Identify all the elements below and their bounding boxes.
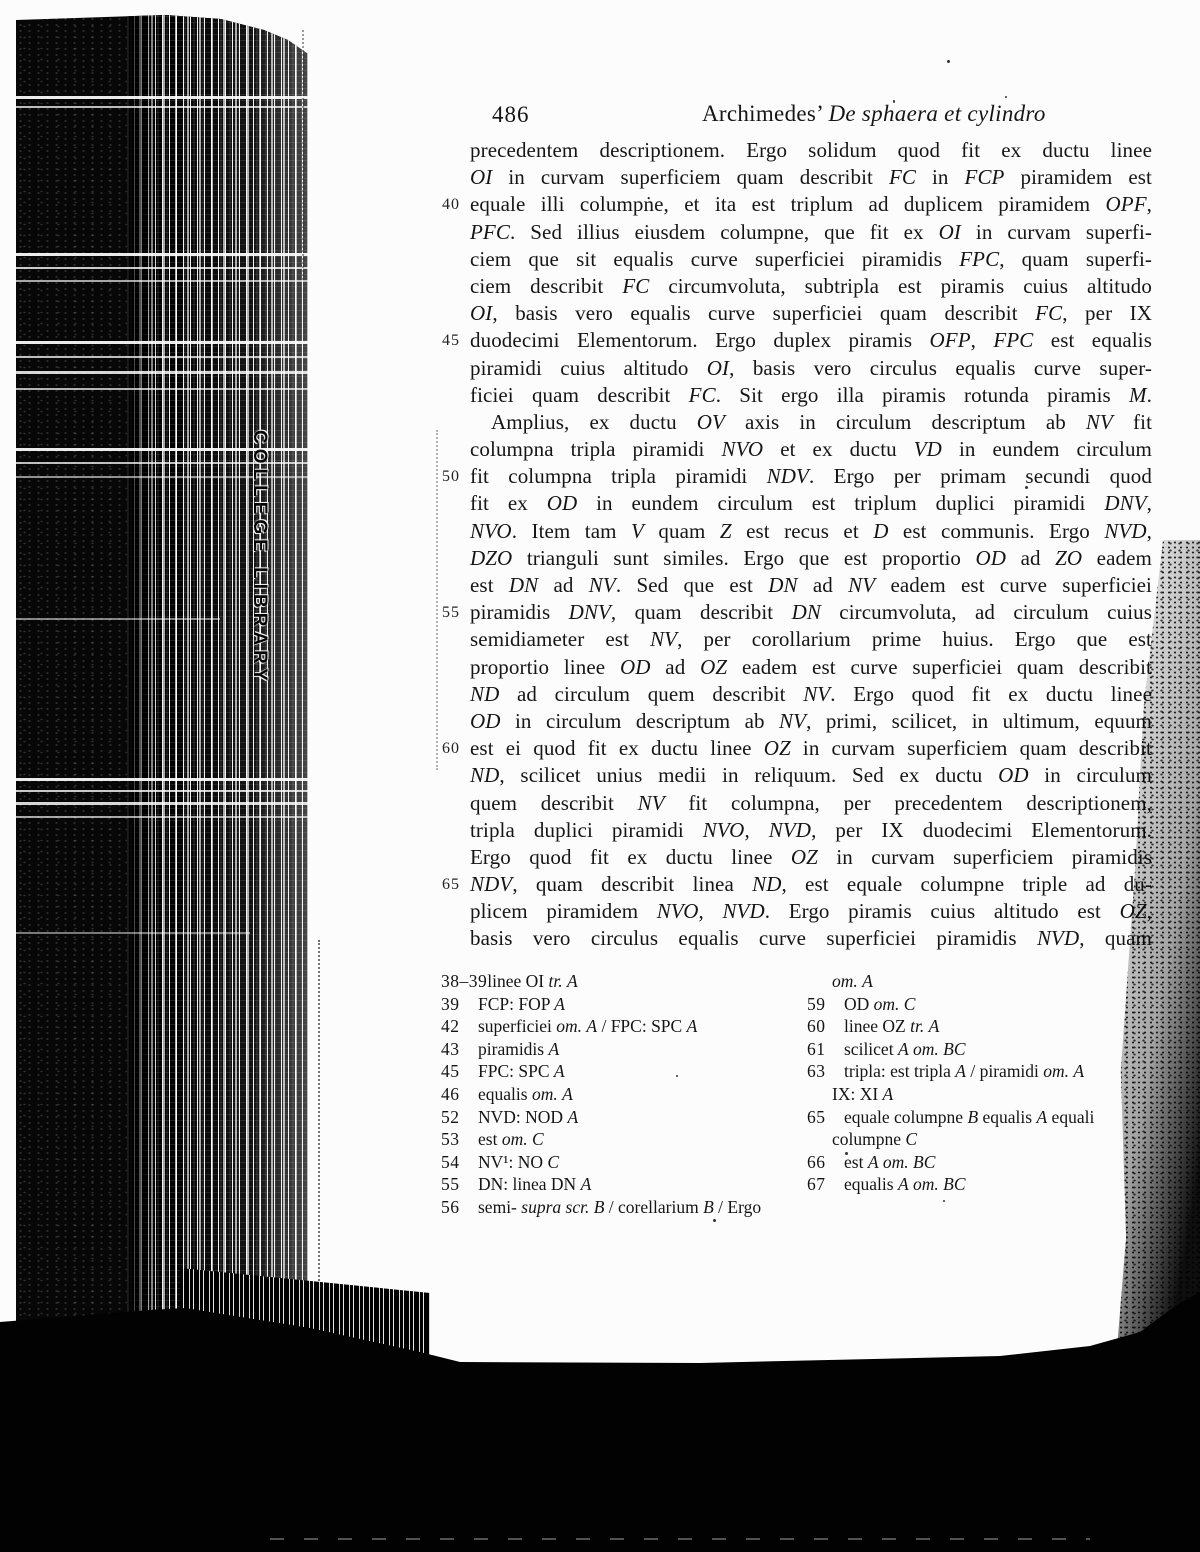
scan-streak <box>16 932 250 934</box>
bottom-black-scan-band <box>0 1288 1200 1552</box>
line-text: basis vero circulus equalis curve superf… <box>470 926 1152 950</box>
scan-streak <box>16 253 308 256</box>
apparatus-entry: 42superficiei om. A / FPC: SPC A <box>441 1015 801 1038</box>
apparatus-line-ref: 43 <box>441 1038 478 1061</box>
scan-streak <box>16 388 308 390</box>
text-line: precedentem descriptionem. Ergo solidum … <box>470 137 1152 164</box>
apparatus-line-ref: 61 <box>807 1038 844 1061</box>
apparatus-text: est A om. BC <box>844 1152 935 1172</box>
apparatus-line-ref: 59 <box>807 993 844 1016</box>
apparatus-left-column: 38–39linee OI tr. A39FCP: FOP A42superfi… <box>441 970 801 1219</box>
ink-speck <box>676 1075 678 1077</box>
text-line: semidiameter est NV, per corollarium pri… <box>470 626 1152 653</box>
line-text: fit ex OD in eundem circulum est triplum… <box>470 491 1152 515</box>
apparatus-entry: 39FCP: FOP A <box>441 993 801 1016</box>
text-line: fit ex OD in eundem circulum est triplum… <box>470 490 1152 517</box>
line-text: duodecimi Elementorum. Ergo duplex piram… <box>470 328 1152 352</box>
line-text: quem describit NV fit columpna, per prec… <box>470 791 1152 815</box>
text-line: DZO trianguli sunt similes. Ergo que est… <box>470 545 1152 572</box>
body-lines: precedentem descriptionem. Ergo solidum … <box>470 137 1152 953</box>
scan-streak <box>16 341 308 344</box>
line-text: equale illi columpṅe, et ita est triplum… <box>470 192 1152 216</box>
text-line: ND, scilicet unius medii in reliquum. Se… <box>470 762 1152 789</box>
line-text: ficiei quam describit FC. Sit ergo illa … <box>470 383 1152 407</box>
apparatus-text: scilicet A om. BC <box>844 1039 966 1059</box>
apparatus-entry: 55DN: linea DN A <box>441 1173 801 1196</box>
page-number: 486 <box>492 102 530 128</box>
margin-line-number: 40 <box>442 195 468 215</box>
line-text: ND, scilicet unius medii in reliquum. Se… <box>470 763 1152 787</box>
apparatus-line-ref: 53 <box>441 1128 478 1151</box>
text-line: proportio linee OD ad OZ eadem est curve… <box>470 654 1152 681</box>
scan-streak <box>16 280 308 282</box>
scan-streak <box>16 356 308 358</box>
text-line: Amplius, ex ductu OV axis in circulum de… <box>470 409 1152 436</box>
gutter-solid-area <box>16 10 133 1360</box>
line-text: columpna tripla piramidi NVO et ex ductu… <box>470 437 1152 461</box>
text-line: est DN ad NV. Sed que est DN ad NV eadem… <box>470 572 1152 599</box>
apparatus-line-ref: 65 <box>807 1106 844 1129</box>
apparatus-entry: 54NV¹: NO C <box>441 1151 801 1174</box>
ink-speck <box>943 1200 945 1202</box>
text-line: ciem que sit equalis curve superficiei p… <box>470 246 1152 273</box>
ink-speck <box>893 100 895 103</box>
ink-speck <box>845 1152 848 1155</box>
text-line: columpna tripla piramidi NVO et ex ductu… <box>470 436 1152 463</box>
apparatus-text: piramidis A <box>478 1039 559 1059</box>
text-line: OI, basis vero equalis curve superficiei… <box>470 300 1152 327</box>
apparatus-line-ref: 63 <box>807 1060 844 1083</box>
apparatus-text: est om. C <box>478 1129 544 1149</box>
text-line: Ergo quod fit ex ductu linee OZ in curva… <box>470 844 1152 871</box>
ink-speck <box>947 60 950 63</box>
margin-line-number: 50 <box>442 467 468 487</box>
line-text: ND ad circulum quem describit NV. Ergo q… <box>470 682 1152 706</box>
apparatus-entry: 46equalis om. A <box>441 1083 801 1106</box>
line-text: piramidi cuius altitudo OI, basis vero c… <box>470 356 1152 380</box>
apparatus-line-ref: 38–39 <box>441 970 487 993</box>
apparatus-entry: 56semi- supra scr. B / corellarium B / E… <box>441 1196 801 1219</box>
scan-streak <box>16 96 308 99</box>
text-line: quem describit NV fit columpna, per prec… <box>470 790 1152 817</box>
text-line: ND ad circulum quem describit NV. Ergo q… <box>470 681 1152 708</box>
apparatus-line-ref: 66 <box>807 1151 844 1174</box>
line-text: OD in circulum descriptum ab NV, primi, … <box>470 709 1152 733</box>
page-edge-striations <box>127 10 308 1360</box>
text-line: OI in curvam superficiem quam describit … <box>470 164 1152 191</box>
apparatus-entry: 53est om. C <box>441 1128 801 1151</box>
text-line: 60est ei quod fit ex ductu linee OZ in c… <box>470 735 1152 762</box>
line-text: plicem piramidem NVO, NVD. Ergo piramis … <box>470 899 1152 923</box>
apparatus-text: columpne C <box>832 1129 917 1149</box>
apparatus-text: superficiei om. A / FPC: SPC A <box>478 1016 697 1036</box>
line-text: proportio linee OD ad OZ eadem est curve… <box>470 655 1152 679</box>
text-line: piramidi cuius altitudo OI, basis vero c… <box>470 355 1152 382</box>
line-text: est ei quod fit ex ductu linee OZ in cur… <box>470 736 1152 760</box>
text-line: ciem describit FC circumvoluta, subtripl… <box>470 273 1152 300</box>
scan-artifact-line <box>302 30 304 280</box>
margin-line-number: 55 <box>442 603 468 623</box>
apparatus-text: linee OZ tr. A <box>844 1016 939 1036</box>
apparatus-line-ref: 56 <box>441 1196 478 1219</box>
apparatus-entry: 38–39linee OI tr. A <box>441 970 801 993</box>
margin-line-number: 60 <box>442 739 468 759</box>
scan-artifact-line <box>436 430 438 770</box>
line-text: precedentem descriptionem. Ergo solidum … <box>470 138 1152 162</box>
apparatus-entry: 43piramidis A <box>441 1038 801 1061</box>
apparatus-line-ref: 60 <box>807 1015 844 1038</box>
text-line: OD in circulum descriptum ab NV, primi, … <box>470 708 1152 735</box>
text-line: 40equale illi columpṅe, et ita est tripl… <box>470 191 1152 218</box>
apparatus-text: equale columpne B equalis A equali <box>844 1107 1094 1127</box>
apparatus-text: IX: XI A <box>832 1084 893 1104</box>
line-text: piramidis DNV, quam describit DN circumv… <box>470 600 1152 624</box>
line-text: est DN ad NV. Sed que est DN ad NV eadem… <box>470 573 1152 597</box>
apparatus-text: equalis A om. BC <box>844 1174 966 1194</box>
text-line: ficiei quam describit FC. Sit ergo illa … <box>470 382 1152 409</box>
line-text: Ergo quod fit ex ductu linee OZ in curva… <box>470 845 1152 869</box>
apparatus-line-ref: 52 <box>441 1106 478 1129</box>
apparatus-text: semi- supra scr. B / corellarium B / Erg… <box>478 1197 761 1217</box>
text-line: 50fit columpna tripla piramidi NDV. Ergo… <box>470 463 1152 490</box>
scan-streak <box>16 371 308 374</box>
text-line: PFC. Sed illius eiusdem columpne, que fi… <box>470 219 1152 246</box>
line-text: NDV, quam describit linea ND, est equale… <box>470 872 1152 896</box>
line-text: NVO. Item tam V quam Z est recus et D es… <box>470 519 1152 543</box>
scan-streak <box>16 106 308 108</box>
scanned-page: COLLEGE LIBRARY 486 Archimedes’ De sphae… <box>0 0 1200 1552</box>
apparatus-text: linee OI tr. A <box>487 971 577 991</box>
apparatus-text: NVD: NOD A <box>478 1107 578 1127</box>
apparatus-line-ref: 54 <box>441 1151 478 1174</box>
text-line: 45duodecimi Elementorum. Ergo duplex pir… <box>470 327 1152 354</box>
scan-streak <box>16 267 308 269</box>
apparatus-text: tripla: est tripla A / piramidi om. A <box>844 1061 1084 1081</box>
apparatus-text: FPC: SPC A <box>478 1061 565 1081</box>
apparatus-text: om. A <box>832 971 873 991</box>
apparatus-line-ref: 45 <box>441 1060 478 1083</box>
apparatus-line-ref: 39 <box>441 993 478 1016</box>
apparatus-line-ref: 46 <box>441 1083 478 1106</box>
apparatus-text: OD om. C <box>844 994 915 1014</box>
library-edge-stamp: COLLEGE LIBRARY <box>240 430 270 890</box>
text-line: basis vero circulus equalis curve superf… <box>470 925 1152 952</box>
line-text: DZO trianguli sunt similes. Ergo que est… <box>470 546 1152 570</box>
apparatus-text: FCP: FOP A <box>478 994 565 1014</box>
line-text: Amplius, ex ductu OV axis in circulum de… <box>491 410 1152 434</box>
text-line: NVO. Item tam V quam Z est recus et D es… <box>470 518 1152 545</box>
margin-line-number: 65 <box>442 875 468 895</box>
running-title-work: De sphaera et cylindro <box>828 101 1045 126</box>
apparatus-text: DN: linea DN A <box>478 1174 591 1194</box>
text-line: plicem piramidem NVO, NVD. Ergo piramis … <box>470 898 1152 925</box>
text-line: 65NDV, quam describit linea ND, est equa… <box>470 871 1152 898</box>
apparatus-line-ref: 67 <box>807 1173 844 1196</box>
line-text: tripla duplici piramidi NVO, NVD, per IX… <box>470 818 1152 842</box>
apparatus-entry: 52NVD: NOD A <box>441 1106 801 1129</box>
line-text: ciem describit FC circumvoluta, subtripl… <box>470 274 1152 298</box>
apparatus-text: NV¹: NO C <box>478 1152 559 1172</box>
ink-speck <box>713 1219 716 1222</box>
text-line: tripla duplici piramidi NVO, NVD, per IX… <box>470 817 1152 844</box>
bottom-scan-hairline <box>270 1538 1090 1540</box>
text-line: 55piramidis DNV, quam describit DN circu… <box>470 599 1152 626</box>
line-text: PFC. Sed illius eiusdem columpne, que fi… <box>470 220 1152 244</box>
scan-streak <box>16 618 220 620</box>
line-text: OI in curvam superficiem quam describit … <box>470 165 1152 189</box>
line-text: fit columpna tripla piramidi NDV. Ergo p… <box>470 464 1152 488</box>
apparatus-line-ref: 55 <box>441 1173 478 1196</box>
ink-speck <box>1025 486 1028 489</box>
apparatus-text: equalis om. A <box>478 1084 573 1104</box>
line-text: ciem que sit equalis curve superficiei p… <box>470 247 1152 271</box>
line-text: semidiameter est NV, per corollarium pri… <box>470 627 1152 651</box>
margin-line-number: 45 <box>442 331 468 351</box>
apparatus-line-ref: 42 <box>441 1015 478 1038</box>
line-text: OI, basis vero equalis curve superficiei… <box>470 301 1152 325</box>
book-gutter-scan-band: COLLEGE LIBRARY <box>16 10 308 1360</box>
running-title: Archimedes’ De sphaera et cylindro <box>702 101 1046 127</box>
ink-speck <box>1005 96 1007 98</box>
apparatus-entry: 45FPC: SPC A <box>441 1060 801 1083</box>
running-title-author: Archimedes’ <box>702 101 822 126</box>
